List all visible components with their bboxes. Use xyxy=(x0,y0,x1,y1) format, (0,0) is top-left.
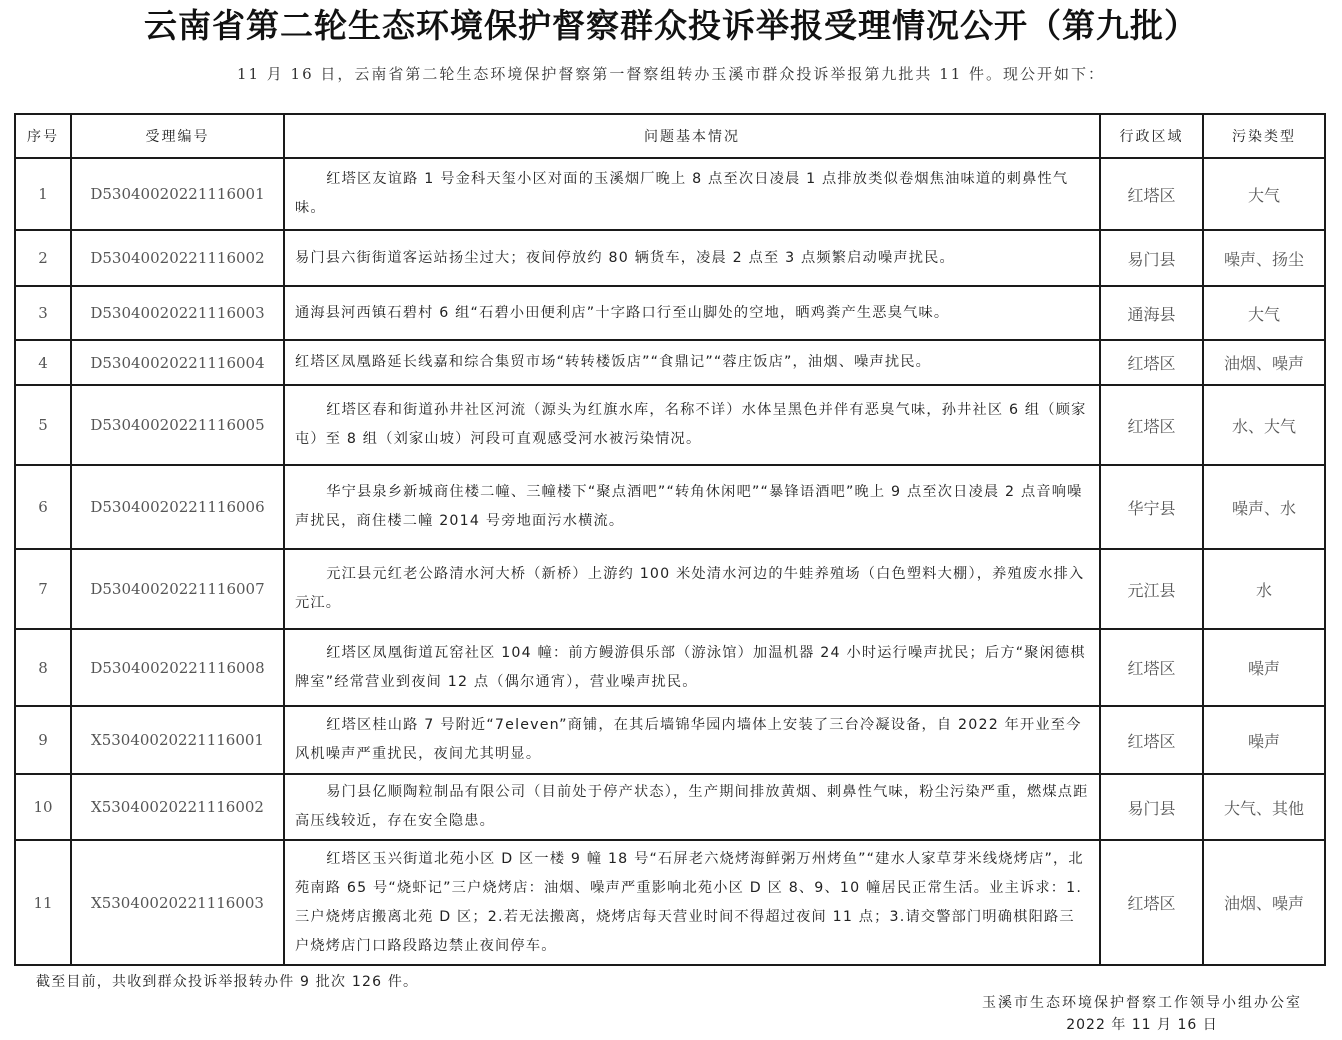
table-header-row: 序号 受理编号 问题基本情况 行政区域 污染类型 xyxy=(15,114,1325,158)
table-row: 7D53040020221116007元江县元红老公路清水河大桥（新桥）上游约 … xyxy=(15,549,1325,629)
row-description: 红塔区玉兴街道北苑小区 D 区一楼 9 幢 18 号“石屏老六烧烤海鲜粥万州烤鱼… xyxy=(284,840,1100,965)
row-index: 1 xyxy=(15,158,71,230)
issuer: 玉溪市生态环境保护督察工作领导小组办公室 xyxy=(982,992,1302,1014)
column-header-type: 污染类型 xyxy=(1203,114,1325,158)
summary-note: 截至目前，共收到群众投诉举报转办件 9 批次 126 件。 xyxy=(36,971,418,991)
table-row: 10X53040020221116002易门县亿顺陶粒制品有限公司（目前处于停产… xyxy=(15,774,1325,840)
row-index: 11 xyxy=(15,840,71,965)
row-area: 红塔区 xyxy=(1100,840,1203,965)
row-area: 红塔区 xyxy=(1100,340,1203,385)
row-pollution-type: 噪声 xyxy=(1203,629,1325,706)
table-row: 11X53040020221116003红塔区玉兴街道北苑小区 D 区一楼 9 … xyxy=(15,840,1325,965)
row-pollution-type: 大气、其他 xyxy=(1203,774,1325,840)
row-case-code: D53040020221116005 xyxy=(71,385,284,465)
table-row: 2D53040020221116002易门县六街街道客运站扬尘过大；夜间停放约 … xyxy=(15,230,1325,286)
row-description: 通海县河西镇石碧村 6 组“石碧小田便利店”十字路口行至山脚处的空地，晒鸡粪产生… xyxy=(284,286,1100,340)
row-index: 6 xyxy=(15,465,71,549)
row-description: 红塔区凤凰街道瓦窑社区 104 幢：前方鳗游俱乐部（游泳馆）加温机器 24 小时… xyxy=(284,629,1100,706)
column-header-area: 行政区域 xyxy=(1100,114,1203,158)
row-area: 通海县 xyxy=(1100,286,1203,340)
row-area: 元江县 xyxy=(1100,549,1203,629)
intro-text: 11 月 16 日，云南省第二轮生态环境保护督察第一督察组转办玉溪市群众投诉举报… xyxy=(0,62,1342,86)
row-description: 红塔区凤凰路延长线嘉和综合集贸市场“转转楼饭店”“食鼎记”“蓉庄饭店”，油烟、噪… xyxy=(284,340,1100,385)
row-index: 5 xyxy=(15,385,71,465)
row-description: 元江县元红老公路清水河大桥（新桥）上游约 100 米处清水河边的牛蛙养殖场（白色… xyxy=(284,549,1100,629)
row-case-code: D53040020221116007 xyxy=(71,549,284,629)
row-pollution-type: 油烟、噪声 xyxy=(1203,840,1325,965)
row-area: 红塔区 xyxy=(1100,158,1203,230)
row-case-code: D53040020221116003 xyxy=(71,286,284,340)
row-index: 9 xyxy=(15,706,71,774)
row-area: 华宁县 xyxy=(1100,465,1203,549)
row-area: 易门县 xyxy=(1100,774,1203,840)
table-row: 3D53040020221116003通海县河西镇石碧村 6 组“石碧小田便利店… xyxy=(15,286,1325,340)
row-index: 8 xyxy=(15,629,71,706)
row-pollution-type: 噪声、扬尘 xyxy=(1203,230,1325,286)
row-index: 4 xyxy=(15,340,71,385)
row-pollution-type: 噪声、水 xyxy=(1203,465,1325,549)
row-index: 10 xyxy=(15,774,71,840)
row-case-code: D53040020221116002 xyxy=(71,230,284,286)
signature-block: 玉溪市生态环境保护督察工作领导小组办公室 2022 年 11 月 16 日 xyxy=(982,992,1302,1036)
row-description: 红塔区友谊路 1 号金科天玺小区对面的玉溪烟厂晚上 8 点至次日凌晨 1 点排放… xyxy=(284,158,1100,230)
table-row: 8D53040020221116008红塔区凤凰街道瓦窑社区 104 幢：前方鳗… xyxy=(15,629,1325,706)
page-title: 云南省第二轮生态环境保护督察群众投诉举报受理情况公开（第九批） xyxy=(0,4,1342,48)
row-pollution-type: 噪声 xyxy=(1203,706,1325,774)
row-area: 红塔区 xyxy=(1100,706,1203,774)
row-case-code: D53040020221116006 xyxy=(71,465,284,549)
row-area: 红塔区 xyxy=(1100,385,1203,465)
table-row: 5D53040020221116005红塔区春和街道孙井社区河流（源头为红旗水库… xyxy=(15,385,1325,465)
row-pollution-type: 油烟、噪声 xyxy=(1203,340,1325,385)
row-case-code: X53040020221116001 xyxy=(71,706,284,774)
row-pollution-type: 水、大气 xyxy=(1203,385,1325,465)
table-row: 4D53040020221116004红塔区凤凰路延长线嘉和综合集贸市场“转转楼… xyxy=(15,340,1325,385)
row-area: 红塔区 xyxy=(1100,629,1203,706)
row-case-code: D53040020221116008 xyxy=(71,629,284,706)
row-index: 3 xyxy=(15,286,71,340)
table-row: 6D53040020221116006华宁县泉乡新城商住楼二幢、三幢楼下“聚点酒… xyxy=(15,465,1325,549)
row-description: 红塔区桂山路 7 号附近“7eleven”商铺，在其后墙锦华园内墙体上安装了三台… xyxy=(284,706,1100,774)
row-case-code: D53040020221116004 xyxy=(71,340,284,385)
row-index: 2 xyxy=(15,230,71,286)
complaints-table: 序号 受理编号 问题基本情况 行政区域 污染类型 1D5304002022111… xyxy=(14,113,1326,966)
row-case-code: D53040020221116001 xyxy=(71,158,284,230)
row-case-code: X53040020221116002 xyxy=(71,774,284,840)
column-header-code: 受理编号 xyxy=(71,114,284,158)
column-header-description: 问题基本情况 xyxy=(284,114,1100,158)
row-pollution-type: 水 xyxy=(1203,549,1325,629)
row-pollution-type: 大气 xyxy=(1203,158,1325,230)
table-row: 9X53040020221116001红塔区桂山路 7 号附近“7eleven”… xyxy=(15,706,1325,774)
row-pollution-type: 大气 xyxy=(1203,286,1325,340)
row-description: 华宁县泉乡新城商住楼二幢、三幢楼下“聚点酒吧”“转角休闲吧”“暴锋语酒吧”晚上 … xyxy=(284,465,1100,549)
column-header-index: 序号 xyxy=(15,114,71,158)
row-index: 7 xyxy=(15,549,71,629)
row-description: 易门县亿顺陶粒制品有限公司（目前处于停产状态），生产期间排放黄烟、刺鼻性气味，粉… xyxy=(284,774,1100,840)
issue-date: 2022 年 11 月 16 日 xyxy=(982,1014,1302,1036)
table-row: 1D53040020221116001红塔区友谊路 1 号金科天玺小区对面的玉溪… xyxy=(15,158,1325,230)
row-area: 易门县 xyxy=(1100,230,1203,286)
row-case-code: X53040020221116003 xyxy=(71,840,284,965)
row-description: 易门县六街街道客运站扬尘过大；夜间停放约 80 辆货车，凌晨 2 点至 3 点频… xyxy=(284,230,1100,286)
row-description: 红塔区春和街道孙井社区河流（源头为红旗水库，名称不详）水体呈黑色并伴有恶臭气味，… xyxy=(284,385,1100,465)
